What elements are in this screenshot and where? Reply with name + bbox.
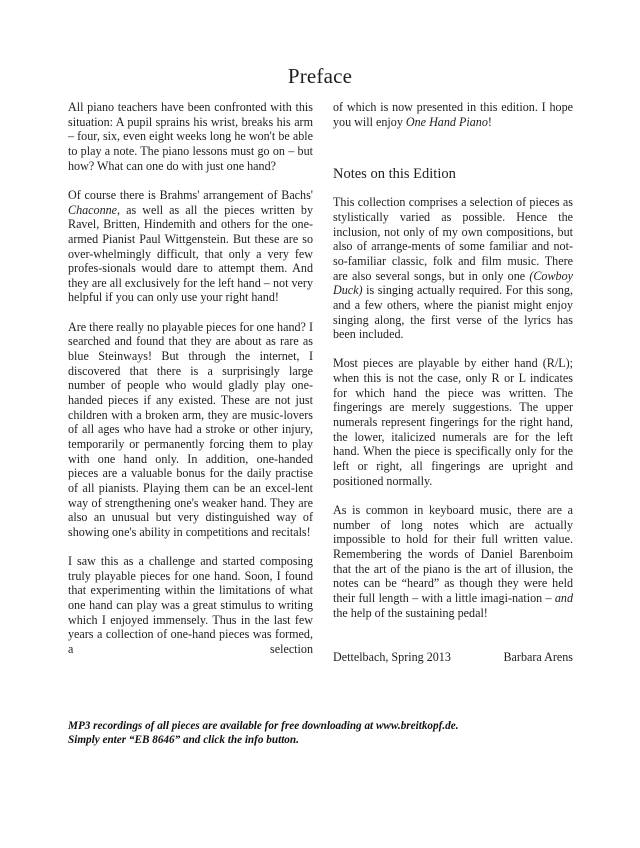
paragraph-long-notes: As is common in keyboard music, there ar… <box>333 503 573 620</box>
section-heading: Notes on this Edition <box>333 165 573 183</box>
paragraph-continuation: of which is now presented in this editio… <box>333 100 573 129</box>
paragraph-intro: All piano teachers have been confronted … <box>68 100 313 173</box>
page-title: Preface <box>0 64 640 89</box>
italic-chaconne: Chaconne <box>68 203 117 217</box>
paragraph-brahms: Of course there is Brahms' arrangement o… <box>68 188 313 305</box>
paragraph-fingerings: Most pieces are playable by either hand … <box>333 356 573 488</box>
italic-book-title: One Hand Piano <box>406 115 488 129</box>
paragraph-playable-pieces: Are there really no playable pieces for … <box>68 320 313 540</box>
right-column: of which is now presented in this editio… <box>333 100 573 665</box>
footer-line-1: MP3 recordings of all pieces are availab… <box>68 719 488 733</box>
left-column: All piano teachers have been confronted … <box>68 100 313 671</box>
footer-note: MP3 recordings of all pieces are availab… <box>68 719 488 747</box>
paragraph-collection: This collection comprises a selection of… <box>333 195 573 342</box>
place-date: Dettelbach, Spring 2013 <box>333 650 451 665</box>
signature-line: Dettelbach, Spring 2013 Barbara Arens <box>333 650 573 665</box>
paragraph-challenge: I saw this as a challenge and started co… <box>68 554 313 657</box>
footer-line-2: Simply enter “EB 8646” and click the inf… <box>68 733 488 747</box>
italic-and: and <box>555 591 573 605</box>
author-name: Barbara Arens <box>503 650 573 665</box>
